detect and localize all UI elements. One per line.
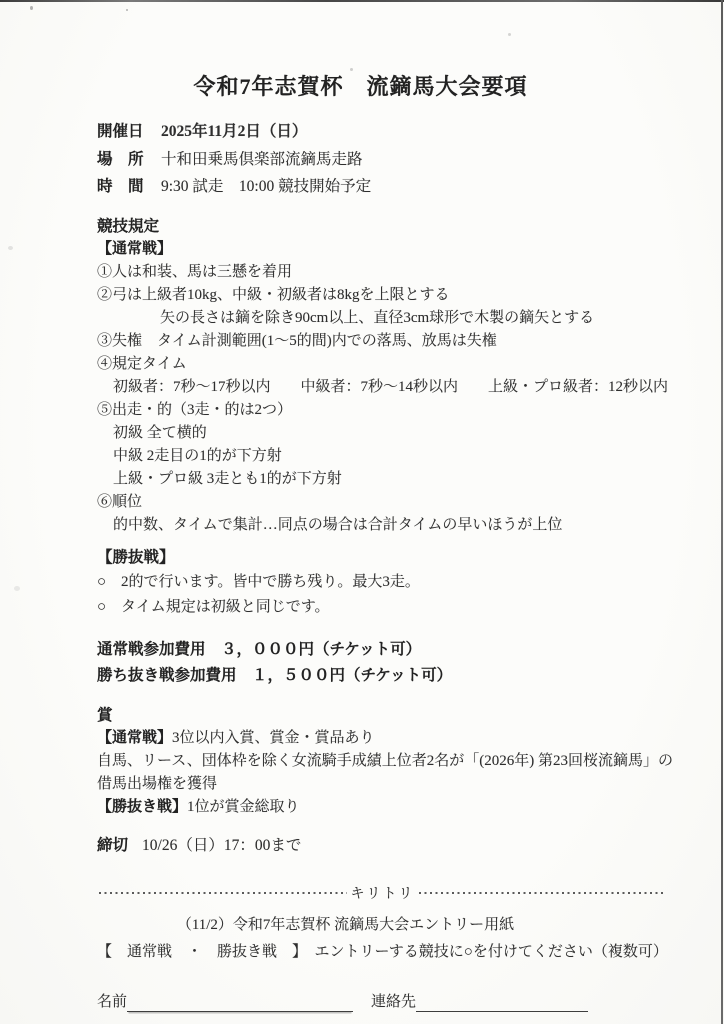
- contact-blank-line: [416, 992, 588, 1012]
- rule-line: ④規定タイム: [97, 353, 654, 376]
- meta-row-date: 開催日 2025年11月2日（日）: [97, 118, 654, 146]
- rule-line: 初級者：7秒～17秒以内 中級者：7秒～14秒以内 上級・プロ級者：12秒以内: [97, 376, 654, 399]
- time-label: 時 間: [97, 173, 149, 201]
- deadline-value: 10/26（日）17：00まで: [142, 837, 301, 854]
- prize-note-line: 自馬、リース、団体枠を除く女流騎手成績上位者2名が「(2026年) 第23回桜流…: [97, 750, 654, 773]
- rules-list: 【通常戦】 ①人は和装、馬は三懸を着用 ②弓は上級者10kg、中級・初級者は8k…: [97, 238, 654, 537]
- knockout-rule-line: ○ タイム規定は初級と同じです。: [97, 595, 654, 620]
- knockout-fee-line: 勝ち抜き戦参加費用 １，５００円（チケット可）: [97, 663, 654, 689]
- normal-fee-line: 通常戦参加費用 ３，０００円（チケット可）: [97, 637, 654, 663]
- rule-line: 初級 全て横的: [97, 422, 654, 445]
- knockout-rule-line: ○ 2的で行います。皆中で勝ち残り。最大3走。: [97, 570, 654, 595]
- normal-prize-text: 3位以内入賞、賞金・賞品あり: [172, 730, 375, 746]
- name-label: 名前: [97, 990, 127, 1012]
- place-label: 場 所: [97, 146, 149, 174]
- contact-label: 連絡先: [371, 990, 416, 1012]
- time-value: 9:30 試走 10:00 競技開始予定: [161, 173, 371, 201]
- rule-line: ⑥順位: [97, 491, 654, 514]
- prizes-section: 賞 【通常戦】3位以内入賞、賞金・賞品あり 自馬、リース、団体枠を除く女流騎手成…: [97, 704, 654, 819]
- rule-line: ⑤出走・的（3走・的は2つ）: [97, 399, 654, 422]
- rule-line: ②弓は上級者10kg、中級・初級者は8kgを上限とする: [97, 284, 654, 307]
- dotted-line-left: [99, 892, 347, 894]
- normal-prize-label: 【通常戦】: [97, 730, 172, 746]
- cut-line-label: キリトリ: [351, 883, 415, 903]
- date-value: 2025年11月2日（日）: [161, 118, 307, 146]
- knockout-rules-list: ○ 2的で行います。皆中で勝ち残り。最大3走。 ○ タイム規定は初級と同じです。: [97, 570, 654, 620]
- prize-note-line: 借馬出場権を獲得: [97, 773, 654, 796]
- cut-line: キリトリ: [99, 883, 666, 903]
- knockout-prize-text: 1位が賞金総取り: [187, 799, 300, 815]
- normal-prize-line: 【通常戦】3位以内入賞、賞金・賞品あり: [97, 727, 654, 750]
- rule-line: ①人は和装、馬は三懸を着用: [97, 261, 654, 284]
- knockout-prize-line: 【勝抜き戦】1位が賞金総取り: [97, 796, 654, 819]
- event-meta: 開催日 2025年11月2日（日） 場 所 十和田乗馬倶楽部流鏑馬走路 時 間 …: [97, 118, 654, 201]
- entry-choice-line: 【 通常戦 ・ 勝抜き戦 】 エントリーする競技に○を付けてください（複数可）: [97, 940, 654, 964]
- rule-line: 上級・プロ級 3走とも1的が下方射: [97, 468, 654, 491]
- entry-fill-row: 名前 連絡先: [97, 990, 654, 1012]
- rules-heading: 競技規定: [97, 215, 654, 238]
- prizes-heading: 賞: [97, 704, 654, 727]
- knockout-prize-label: 【勝抜き戦】: [97, 799, 187, 815]
- rule-line: 中級 2走目の1的が下方射: [97, 445, 654, 468]
- document-content: 令和7年志賀杯 流鏑馬大会要項 開催日 2025年11月2日（日） 場 所 十和…: [0, 0, 724, 1012]
- deadline-line: 締切10/26（日）17：00まで: [97, 834, 654, 858]
- rule-line: ③失権 タイム計測範囲(1～5的間)内での落馬、放馬は失権: [97, 330, 654, 353]
- scanned-document-page: 令和7年志賀杯 流鏑馬大会要項 開催日 2025年11月2日（日） 場 所 十和…: [0, 0, 724, 1024]
- meta-row-place: 場 所 十和田乗馬倶楽部流鏑馬走路: [97, 146, 654, 174]
- date-label: 開催日: [97, 118, 149, 146]
- dotted-line-right: [419, 892, 667, 894]
- rule-line: 的中数、タイムで集計…同点の場合は合計タイムの早いほうが上位: [97, 514, 654, 537]
- place-value: 十和田乗馬倶楽部流鏑馬走路: [161, 146, 363, 174]
- document-title: 令和7年志賀杯 流鏑馬大会要項: [97, 70, 654, 101]
- rule-line: 矢の長さは鏑を除き90cm以上、直径3cm球形で木製の鏑矢とする: [97, 307, 654, 330]
- name-blank-line: [127, 992, 353, 1012]
- fees-section: 通常戦参加費用 ３，０００円（チケット可） 勝ち抜き戦参加費用 １，５００円（チ…: [97, 637, 654, 689]
- meta-row-time: 時 間 9:30 試走 10:00 競技開始予定: [97, 173, 654, 201]
- entry-sheet-title: （11/2）令和7年志賀杯 流鏑馬大会エントリー用紙: [97, 914, 654, 937]
- knockout-battle-heading: 【勝抜戦】: [97, 546, 654, 570]
- normal-battle-heading: 【通常戦】: [97, 238, 654, 261]
- deadline-label: 締切: [97, 837, 128, 854]
